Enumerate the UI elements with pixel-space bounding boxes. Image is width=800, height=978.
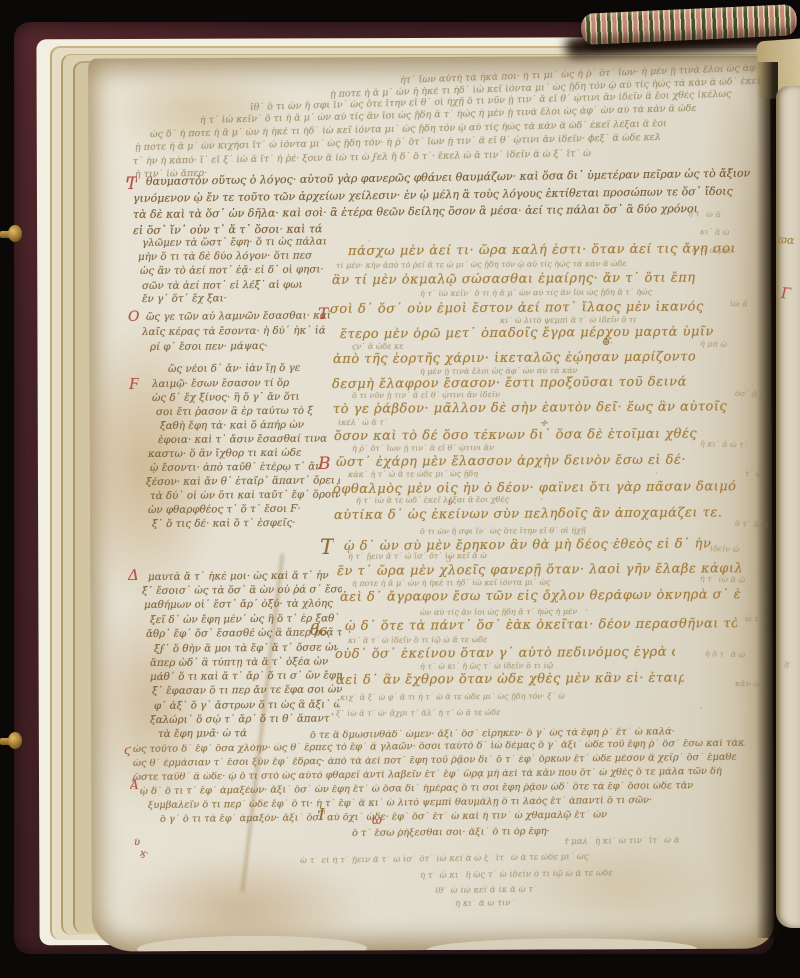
parchment-crease — [241, 554, 284, 892]
stain — [95, 588, 211, 818]
clasp-knob-icon — [8, 732, 22, 749]
stain — [89, 313, 225, 619]
parchment-page — [88, 56, 774, 952]
facing-page-sliver — [776, 86, 800, 928]
clasp-stud-bottom — [0, 729, 22, 753]
clasp-stud-top — [0, 222, 22, 246]
gutter-shadow — [756, 62, 778, 938]
stain — [511, 836, 721, 932]
stain — [103, 63, 293, 159]
clasp-knob-icon — [8, 225, 22, 242]
manuscript-photo-scene: ἦτ᾽ ἴων αὐτὴ τὰ ἧκά ποι· ἦ τι μι᾽ ὡς ἦ ῥ… — [0, 0, 800, 978]
